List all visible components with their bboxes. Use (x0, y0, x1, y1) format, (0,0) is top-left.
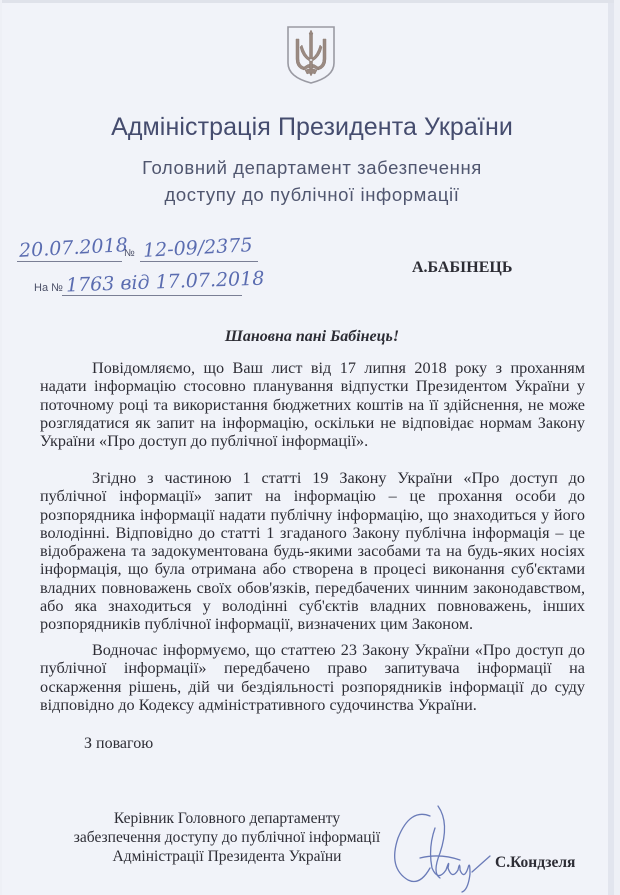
salutation: Шановна пані Бабінець! (2, 328, 620, 346)
reply-underline (62, 295, 242, 296)
addressee: А.БАБІНЕЦЬ (412, 259, 512, 277)
signer-title-line2: забезпечення доступу до публічної інформ… (57, 828, 397, 847)
outgoing-date: 20.07.2018 (18, 234, 128, 262)
outgoing-number: 12-09/2375 (142, 234, 253, 262)
reply-reference: 1763 від 17.07.2018 (66, 268, 265, 297)
paragraph-text: Водночас інформуємо, що статтею 23 Закон… (40, 641, 585, 714)
paragraph-text: Згідно з частиною 1 статті 19 Закону Укр… (40, 469, 585, 634)
department-name-line1: Головний департамент забезпечення (2, 157, 620, 179)
department-name-line2: доступу до публічної інформації (2, 184, 620, 206)
signer-name: С.Кондзеля (495, 854, 575, 872)
number-underline (140, 261, 258, 262)
signature-icon (380, 798, 500, 893)
number-label: № (124, 248, 135, 259)
body-paragraph-1: Повідомляємо, що Ваш лист від 17 липня 2… (40, 359, 585, 450)
letter-page: Адміністрація Президента України Головни… (2, 0, 614, 895)
signer-title-line3: Адміністрації Президента України (57, 847, 397, 866)
body-paragraph-3: Водночас інформуємо, що статтею 23 Закон… (40, 641, 585, 714)
body-paragraph-2: Згідно з частиною 1 статті 19 Закону Укр… (40, 469, 585, 634)
signer-title: Керівник Головного департаменту забезпеч… (57, 809, 397, 866)
trident-emblem-icon (285, 25, 337, 85)
organization-name: Адміністрація Президента України (2, 113, 620, 142)
signer-title-line1: Керівник Головного департаменту (57, 809, 397, 828)
reply-to-label: На № (34, 282, 63, 294)
paragraph-text: Повідомляємо, що Ваш лист від 17 липня 2… (40, 359, 585, 450)
closing: З повагою (84, 735, 153, 753)
date-underline (17, 261, 122, 262)
